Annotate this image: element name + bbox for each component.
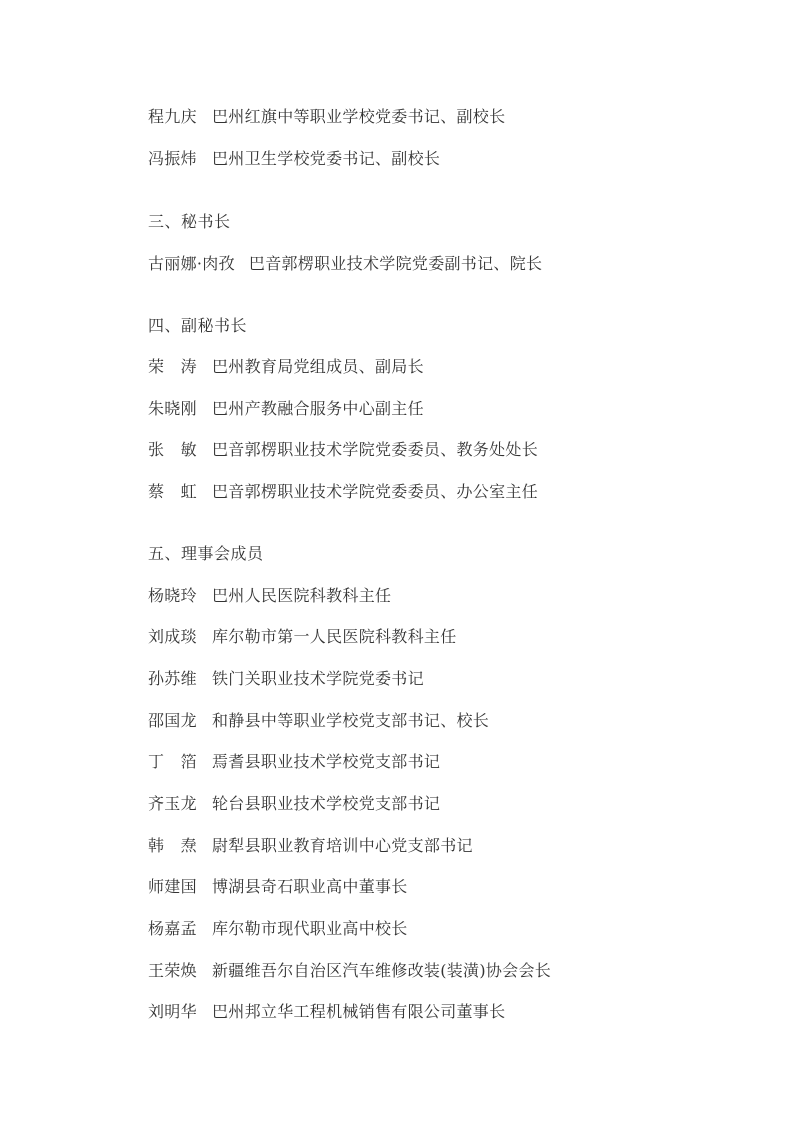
member-title: 博湖县奇石职业高中董事长	[212, 877, 408, 896]
member-name: 蔡 虹	[148, 482, 212, 502]
section-heading-deputy-secretary-general: 四、副秘书长	[148, 316, 247, 336]
member-entry: 杨晓玲巴州人民医院科教科主任	[148, 586, 391, 606]
member-name: 丁 箔	[148, 752, 212, 772]
member-title: 巴州教育局党组成员、副局长	[212, 357, 424, 376]
member-title: 巴音郭楞职业技术学院党委委员、办公室主任	[212, 482, 538, 501]
member-title: 库尔勒市现代职业高中校长	[212, 919, 408, 938]
member-title: 巴州人民医院科教科主任	[212, 586, 391, 605]
member-title: 新疆维吾尔自治区汽车维修改装(装潢)协会会长	[212, 961, 551, 980]
member-entry: 韩 焘尉犁县职业教育培训中心党支部书记	[148, 836, 473, 856]
member-entry: 丁 箔焉耆县职业技术学校党支部书记	[148, 752, 440, 772]
member-entry: 荣 涛巴州教育局党组成员、副局长	[148, 357, 424, 377]
member-name: 张 敏	[148, 440, 212, 460]
member-title: 巴州红旗中等职业学校党委书记、副校长	[212, 107, 505, 126]
member-entry: 程九庆巴州红旗中等职业学校党委书记、副校长	[148, 107, 505, 127]
section-heading-secretary-general: 三、秘书长	[148, 212, 231, 232]
member-name: 荣 涛	[148, 357, 212, 377]
member-title: 巴州邦立华工程机械销售有限公司董事长	[212, 1002, 505, 1021]
member-entry: 师建国博湖县奇石职业高中董事长	[148, 877, 408, 897]
member-entry: 杨嘉孟库尔勒市现代职业高中校长	[148, 919, 408, 939]
member-entry: 刘明华巴州邦立华工程机械销售有限公司董事长	[148, 1002, 505, 1022]
member-name: 杨嘉孟	[148, 919, 212, 939]
member-title: 巴州产教融合服务中心副主任	[212, 399, 424, 418]
member-name: 孙苏维	[148, 669, 212, 689]
member-name: 冯振炜	[148, 149, 212, 169]
member-entry: 古丽娜·肉孜巴音郭楞职业技术学院党委副书记、院长	[148, 254, 542, 274]
member-entry: 张 敏巴音郭楞职业技术学院党委委员、教务处处长	[148, 440, 538, 460]
member-title: 尉犁县职业教育培训中心党支部书记	[212, 836, 473, 855]
member-name: 齐玉龙	[148, 794, 212, 814]
member-title: 铁门关职业技术学院党委书记	[212, 669, 424, 688]
member-title: 焉耆县职业技术学校党支部书记	[212, 752, 440, 771]
member-title: 轮台县职业技术学校党支部书记	[212, 794, 440, 813]
member-title: 库尔勒市第一人民医院科教科主任	[212, 627, 457, 646]
member-title: 和静县中等职业学校党支部书记、校长	[212, 711, 489, 730]
member-entry: 冯振炜巴州卫生学校党委书记、副校长	[148, 149, 440, 169]
member-name: 朱晓刚	[148, 399, 212, 419]
member-title: 巴音郭楞职业技术学院党委委员、教务处处长	[212, 440, 538, 459]
member-entry: 孙苏维铁门关职业技术学院党委书记	[148, 669, 424, 689]
member-name: 刘明华	[148, 1002, 212, 1022]
member-entry: 蔡 虹巴音郭楞职业技术学院党委委员、办公室主任	[148, 482, 538, 502]
member-title: 巴音郭楞职业技术学院党委副书记、院长	[249, 254, 542, 273]
member-name: 刘成琰	[148, 627, 212, 647]
member-entry: 刘成琰库尔勒市第一人民医院科教科主任	[148, 627, 457, 647]
member-name: 程九庆	[148, 107, 212, 127]
member-name: 师建国	[148, 877, 212, 897]
member-entry: 朱晓刚巴州产教融合服务中心副主任	[148, 399, 424, 419]
member-name: 王荣焕	[148, 961, 212, 981]
member-name: 杨晓玲	[148, 586, 212, 606]
member-name: 古丽娜·肉孜	[148, 254, 235, 274]
document-page: 程九庆巴州红旗中等职业学校党委书记、副校长 冯振炜巴州卫生学校党委书记、副校长 …	[0, 0, 793, 1122]
member-name: 韩 焘	[148, 836, 212, 856]
section-heading-council-members: 五、理事会成员	[148, 544, 264, 564]
member-entry: 王荣焕新疆维吾尔自治区汽车维修改装(装潢)协会会长	[148, 961, 551, 981]
member-entry: 邵国龙和静县中等职业学校党支部书记、校长	[148, 711, 489, 731]
member-entry: 齐玉龙轮台县职业技术学校党支部书记	[148, 794, 440, 814]
member-title: 巴州卫生学校党委书记、副校长	[212, 149, 440, 168]
member-name: 邵国龙	[148, 711, 212, 731]
